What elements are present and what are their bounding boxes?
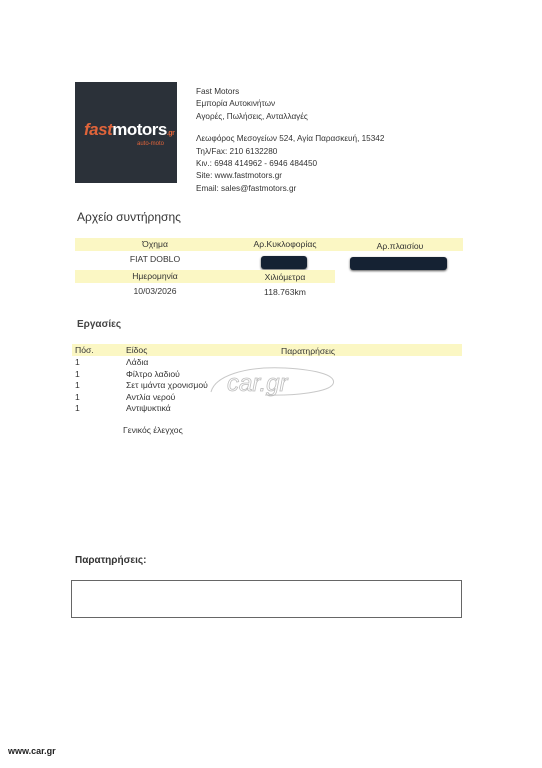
company-site: Site: www.fastmotors.gr [196, 170, 384, 182]
works-row-item: Αντιψυκτικά [126, 403, 171, 413]
value-vehicle: FIAT DOBLO [75, 254, 235, 264]
company-business: Εμπορία Αυτοκινήτων [196, 98, 384, 110]
car-gr-watermark: car.gr [205, 362, 343, 402]
header-km: Χιλιόμετρα [235, 272, 335, 282]
footer-watermark: www.car.gr [8, 746, 56, 756]
works-row-item: Αντλία νερού [126, 392, 175, 402]
company-info: Fast Motors Εμπορία Αυτοκινήτων Αγορές, … [196, 86, 384, 195]
logo-motors-text: motors [112, 120, 167, 139]
works-row-qty: 1 [75, 369, 80, 379]
works-row-item: Σετ ιμάντα χρονισμού [126, 380, 208, 390]
redacted-plate [261, 256, 307, 269]
works-header-notes: Παρατηρήσεις [281, 346, 335, 356]
company-phone: Τηλ/Fax: 210 6132280 [196, 146, 384, 158]
works-row-item: Λάδια [126, 357, 148, 367]
redacted-chassis [350, 257, 447, 270]
logo-tagline: auto-moto [137, 141, 164, 147]
works-header-qty: Πόσ. [75, 345, 94, 355]
works-extra-item: Γενικός έλεγχος [123, 425, 183, 435]
works-row-qty: 1 [75, 403, 80, 413]
svg-text:car.gr: car.gr [227, 370, 288, 397]
works-row-item: Φίλτρο λαδιού [126, 369, 180, 379]
works-section-title: Εργασίες [77, 319, 121, 330]
company-logo: fastmotors.gr auto-moto [75, 82, 177, 183]
header-chassis: Αρ.πλαισίου [340, 241, 460, 251]
works-row-qty: 1 [75, 392, 80, 402]
document-title: Αρχείο συντήρησης [77, 210, 181, 224]
logo-wordmark: fastmotors.gr [84, 120, 174, 140]
notes-label: Παρατηρήσεις: [75, 555, 146, 566]
company-services: Αγορές, Πωλήσεις, Ανταλλαγές [196, 111, 384, 123]
value-km: 118.763km [235, 287, 335, 297]
value-date: 10/03/2026 [75, 286, 235, 296]
notes-box [71, 580, 462, 618]
works-row-qty: 1 [75, 357, 80, 367]
header-date: Ημερομηνία [75, 271, 235, 281]
company-mobile: Κιν.: 6948 414962 - 6946 484450 [196, 158, 384, 170]
works-row-qty: 1 [75, 380, 80, 390]
logo-tld-text: .gr [167, 130, 174, 137]
company-email: Email: sales@fastmotors.gr [196, 183, 384, 195]
company-address: Λεωφόρος Μεσογείων 524, Αγία Παρασκευή, … [196, 133, 384, 145]
header-vehicle: Όχημα [75, 239, 235, 249]
header-plate: Αρ.Κυκλοφορίας [235, 239, 335, 249]
company-name: Fast Motors [196, 86, 384, 98]
works-header-item: Είδος [126, 345, 147, 355]
logo-fast-text: fast [84, 120, 112, 139]
